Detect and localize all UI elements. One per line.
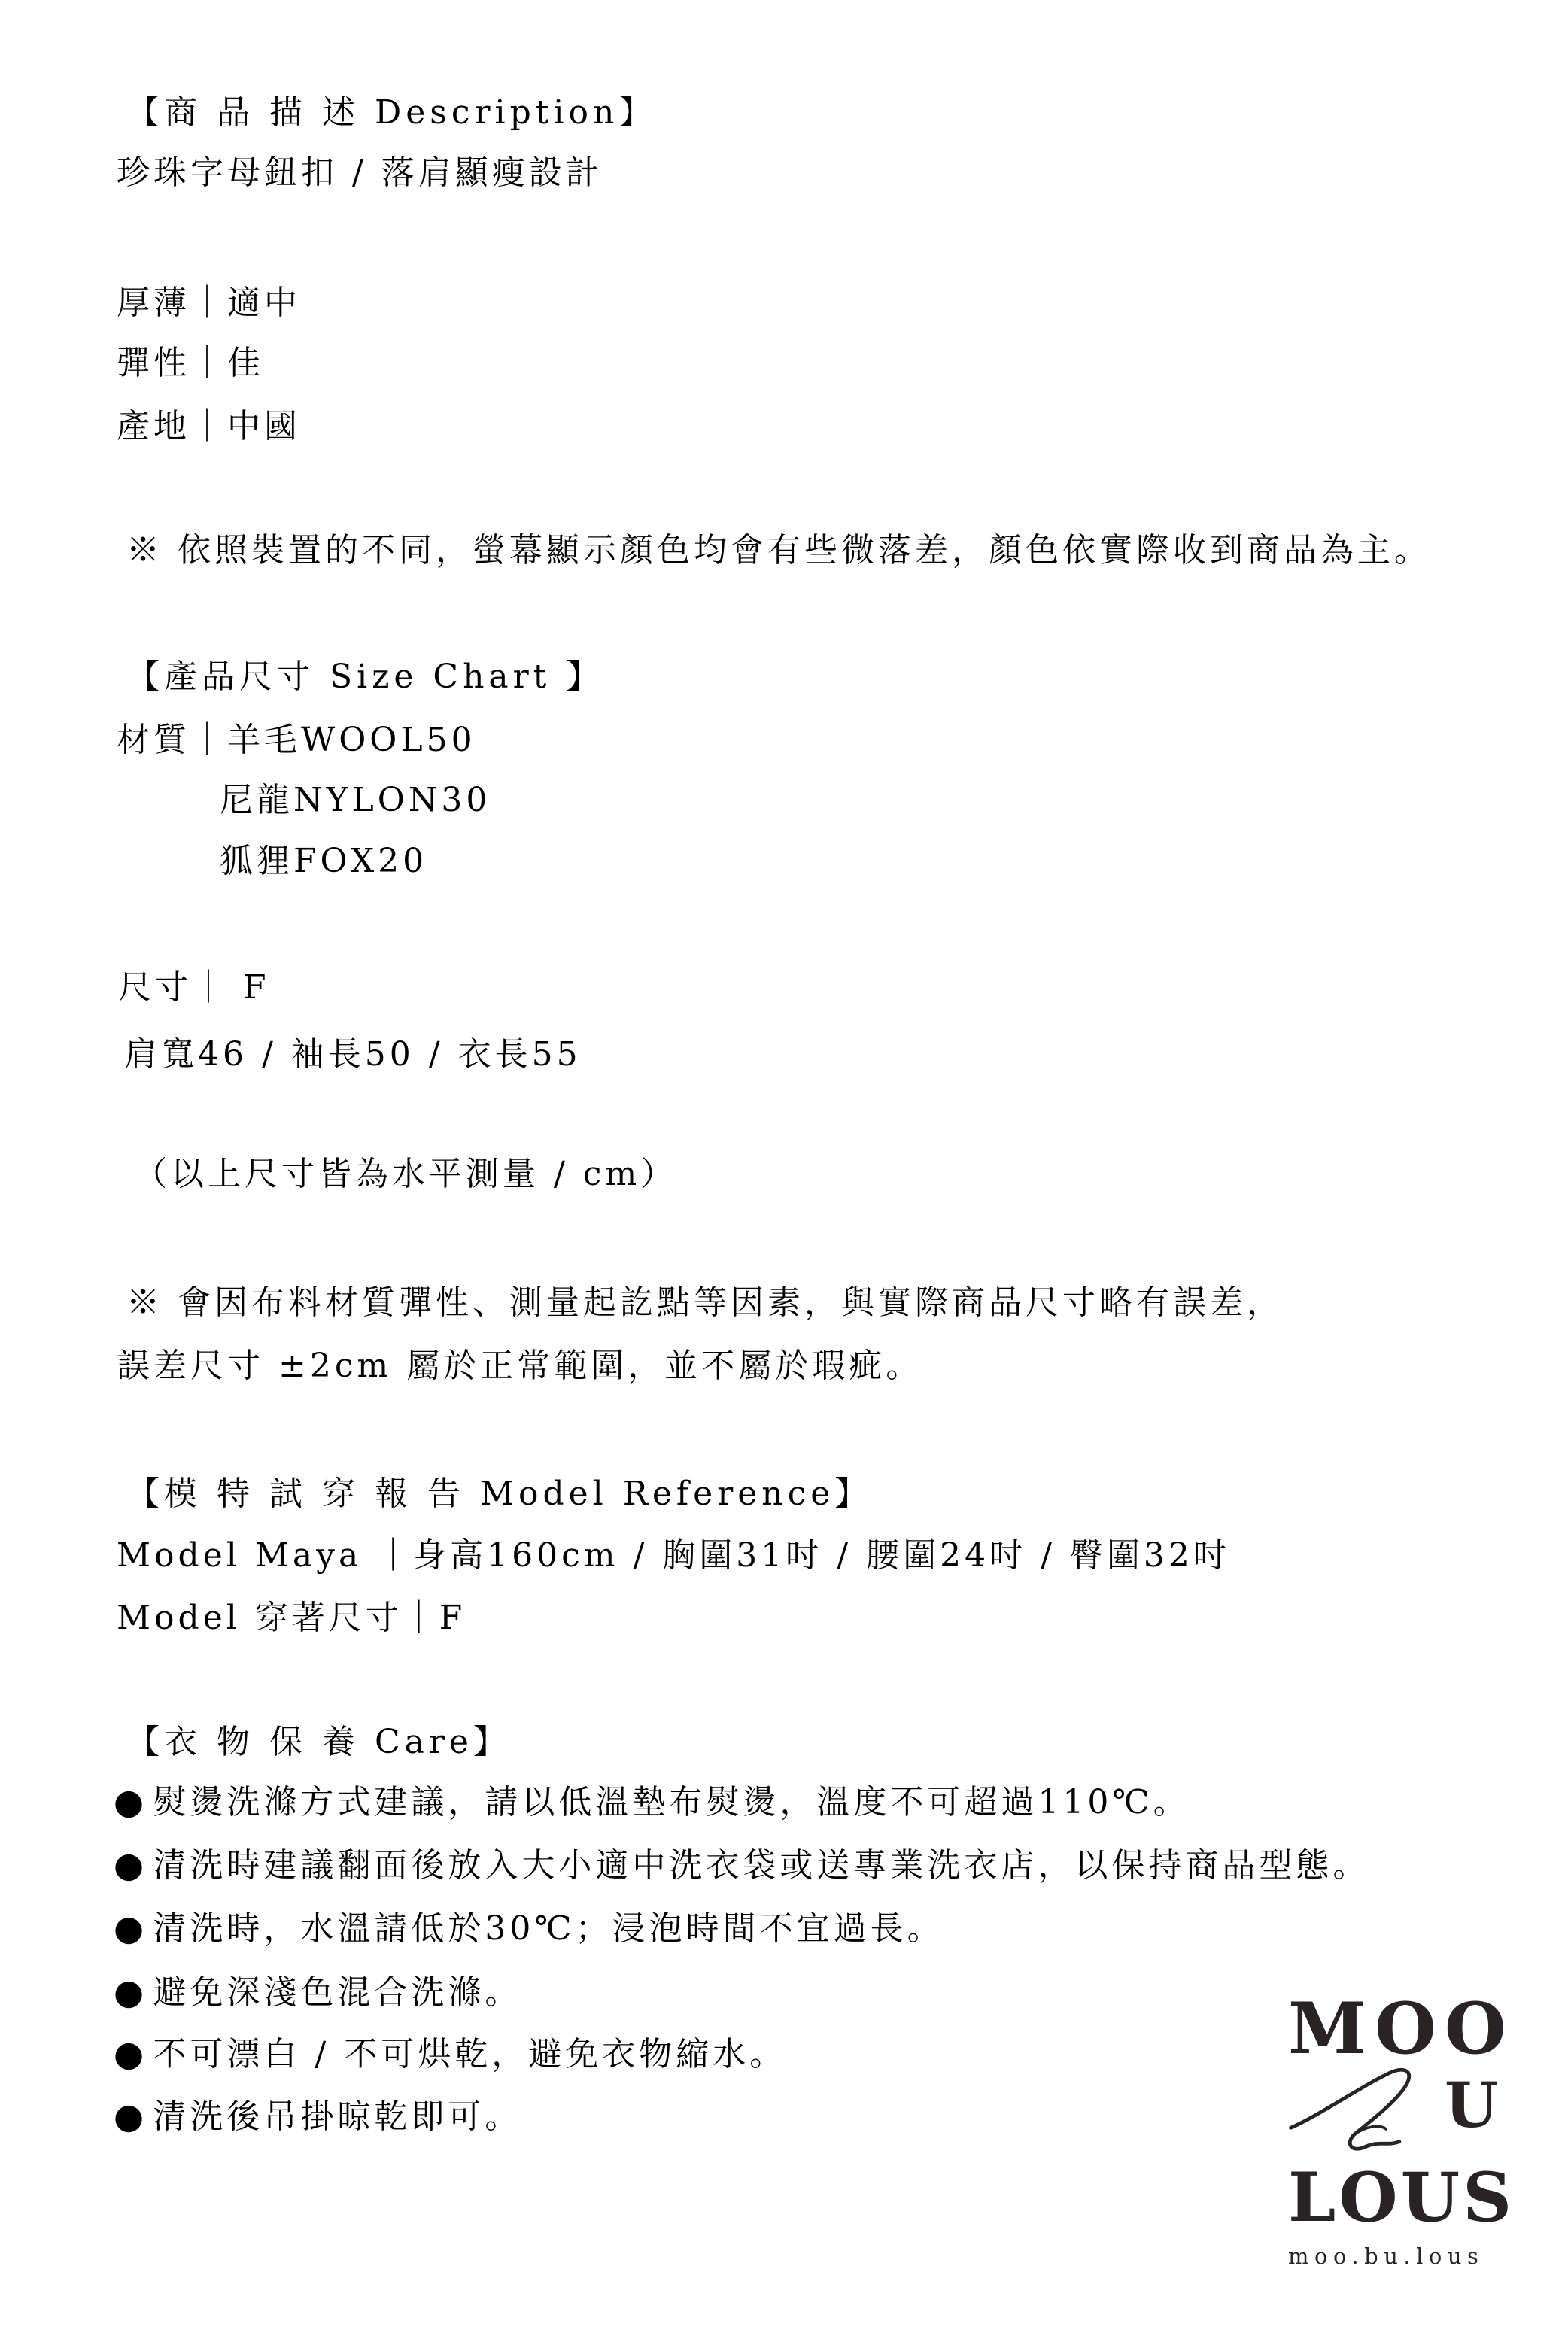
care-item: ●熨燙洗滌方式建議，請以低溫墊布熨燙，溫度不可超過110℃。: [114, 1781, 1190, 1823]
script-flourish-icon: [1278, 2063, 1442, 2162]
size-chart-header: 【產品尺寸 Size Chart 】: [126, 656, 603, 697]
logo-handle: moo.bu.lous: [1288, 2243, 1514, 2269]
model-stats-line: Model Maya ｜身高160cm / 胸圍31吋 / 腰圍24吋 / 臀圍…: [117, 1535, 1230, 1576]
care-item-text: 熨燙洗滌方式建議，請以低溫墊布熨燙，溫度不可超過110℃。: [153, 1783, 1190, 1821]
model-reference-header: 【模 特 試 穿 報 告 Model Reference】: [126, 1473, 872, 1514]
model-size-line: Model 穿著尺寸｜F: [117, 1597, 466, 1639]
bullet-icon: ●: [114, 2033, 148, 2076]
spec-thickness: 厚薄｜適中: [117, 282, 301, 323]
measurements-line: 肩寬46 / 袖長50 / 衣長55: [124, 1034, 582, 1075]
bullet-icon: ●: [114, 1844, 148, 1888]
material-line: 材質｜羊毛WOOL50: [117, 719, 476, 761]
material-nylon: 尼龍NYLON30: [220, 779, 491, 821]
bullet-icon: ●: [114, 1781, 148, 1824]
care-item-text: 清洗後吊掛晾乾即可。: [153, 2097, 521, 2136]
care-item: ●清洗後吊掛晾乾即可。: [114, 2096, 521, 2137]
product-tagline: 珍珠字母鈕扣 / 落肩顯瘦設計: [117, 152, 603, 193]
material-fox: 狐狸FOX20: [220, 840, 427, 882]
care-item: ●避免深淺色混合洗滌。: [114, 1972, 521, 2013]
care-item-text: 清洗時，水溫請低於30℃；浸泡時間不宜過長。: [153, 1909, 944, 1948]
spec-elasticity: 彈性｜佳: [117, 342, 264, 384]
care-item-text: 不可漂白 / 不可烘乾，避免衣物縮水。: [153, 2035, 786, 2073]
logo-middle-row: U: [1288, 2064, 1514, 2161]
spec-origin: 產地｜中國: [117, 406, 301, 447]
logo-word-moo: MOO: [1288, 1994, 1514, 2064]
bullet-icon: ●: [114, 2095, 148, 2139]
care-item-text: 清洗時建議翻面後放入大小適中洗衣袋或送專業洗衣店，以保持商品型態。: [153, 1846, 1369, 1885]
logo-word-lous: LOUS: [1288, 2164, 1514, 2231]
description-header: 【商 品 描 述 Description】: [126, 92, 656, 133]
care-item: ●不可漂白 / 不可烘乾，避免衣物縮水。: [114, 2034, 786, 2075]
tolerance-note-line1: ※ 會因布料材質彈性、測量起訖點等因素，與實際商品尺寸略有誤差，: [126, 1282, 1284, 1323]
care-item-text: 避免深淺色混合洗滌。: [153, 1973, 521, 2012]
tolerance-note-line2: 誤差尺寸 ±2cm 屬於正常範圍，並不屬於瑕疵。: [117, 1345, 922, 1387]
size-line: 尺寸｜ F: [118, 967, 270, 1008]
care-item: ●清洗時建議翻面後放入大小適中洗衣袋或送專業洗衣店，以保持商品型態。: [114, 1845, 1369, 1886]
bullet-icon: ●: [114, 1907, 148, 1951]
care-item: ●清洗時，水溫請低於30℃；浸泡時間不宜過長。: [114, 1908, 944, 1949]
brand-logo: MOO U LOUS moo.bu.lous: [1288, 1994, 1514, 2269]
measurement-note: （以上尺寸皆為水平測量 / cm）: [134, 1153, 677, 1195]
color-difference-notice: ※ 依照裝置的不同，螢幕顯示顏色均會有些微落差，顏色依實際收到商品為主。: [126, 530, 1431, 571]
logo-letter-u: U: [1445, 2075, 1499, 2137]
care-header: 【衣 物 保 養 Care】: [126, 1721, 511, 1763]
bullet-icon: ●: [114, 1971, 148, 2015]
